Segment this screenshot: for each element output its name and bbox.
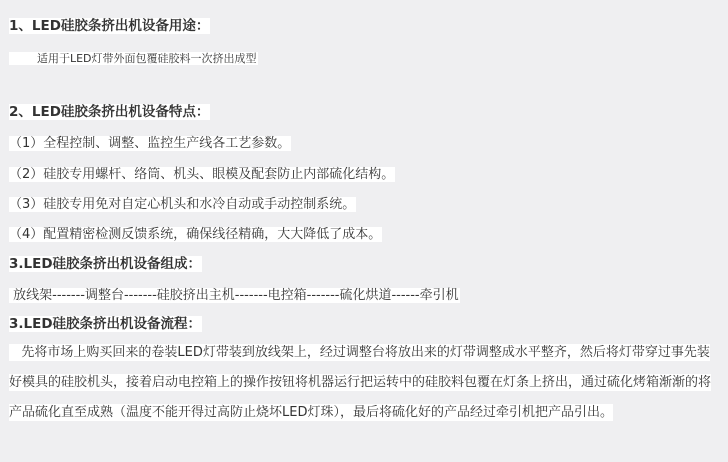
section3-heading: 3.LED硅胶条挤出机设备组成： [9, 256, 202, 273]
section4-heading: 3.LED硅胶条挤出机设备流程： [9, 316, 202, 333]
feature-item-4: （4）配置精密检测反馈系统，确保线径精确，大大降低了成本。 [9, 226, 382, 243]
section2-heading-text: 2、LED硅胶条挤出机设备特点： [9, 104, 210, 120]
section4-body: 先将市场上购买回来的卷装LED灯带装到放线架上，经过调整台将放出来的灯带调整成水… [9, 338, 721, 428]
section3-heading-text: 3.LED硅胶条挤出机设备组成： [9, 256, 202, 272]
section4-heading-text: 3.LED硅胶条挤出机设备流程： [9, 316, 202, 332]
section1-body-text: 适用于LED灯带外面包覆硅胶料一次挤出成型 [9, 52, 258, 65]
feature-item-3-text: （3）硅胶专用免对自定心机头和水冷自动或手动控制系统。 [9, 197, 356, 212]
feature-item-2: （2）硅胶专用螺杆、络筒、机头、眼模及配套防止内部硫化结构。 [9, 166, 395, 183]
section1-heading-text: 1、LED硅胶条挤出机设备用途： [9, 18, 210, 34]
section1-body: 适用于LED灯带外面包覆硅胶料一次挤出成型 [9, 50, 258, 67]
feature-item-2-text: （2）硅胶专用螺杆、络筒、机头、眼模及配套防止内部硫化结构。 [9, 167, 395, 182]
feature-item-1: （1）全程控制、调整、监控生产线各工艺参数。 [9, 135, 291, 152]
feature-item-1-text: （1）全程控制、调整、监控生产线各工艺参数。 [9, 136, 291, 151]
feature-item-4-text: （4）配置精密检测反馈系统，确保线径精确，大大降低了成本。 [9, 227, 382, 242]
feature-item-3: （3）硅胶专用免对自定心机头和水冷自动或手动控制系统。 [9, 196, 356, 213]
section3-body-text: 放线架-------调整台-------硅胶挤出主机-------电控箱----… [9, 288, 460, 303]
section1-heading: 1、LED硅胶条挤出机设备用途： [9, 18, 210, 35]
section4-body-text: 先将市场上购买回来的卷装LED灯带装到放线架上，经过调整台将放出来的灯带调整成水… [9, 344, 711, 421]
section3-body: 放线架-------调整台-------硅胶挤出主机-------电控箱----… [9, 287, 460, 304]
section2-heading: 2、LED硅胶条挤出机设备特点： [9, 104, 210, 121]
